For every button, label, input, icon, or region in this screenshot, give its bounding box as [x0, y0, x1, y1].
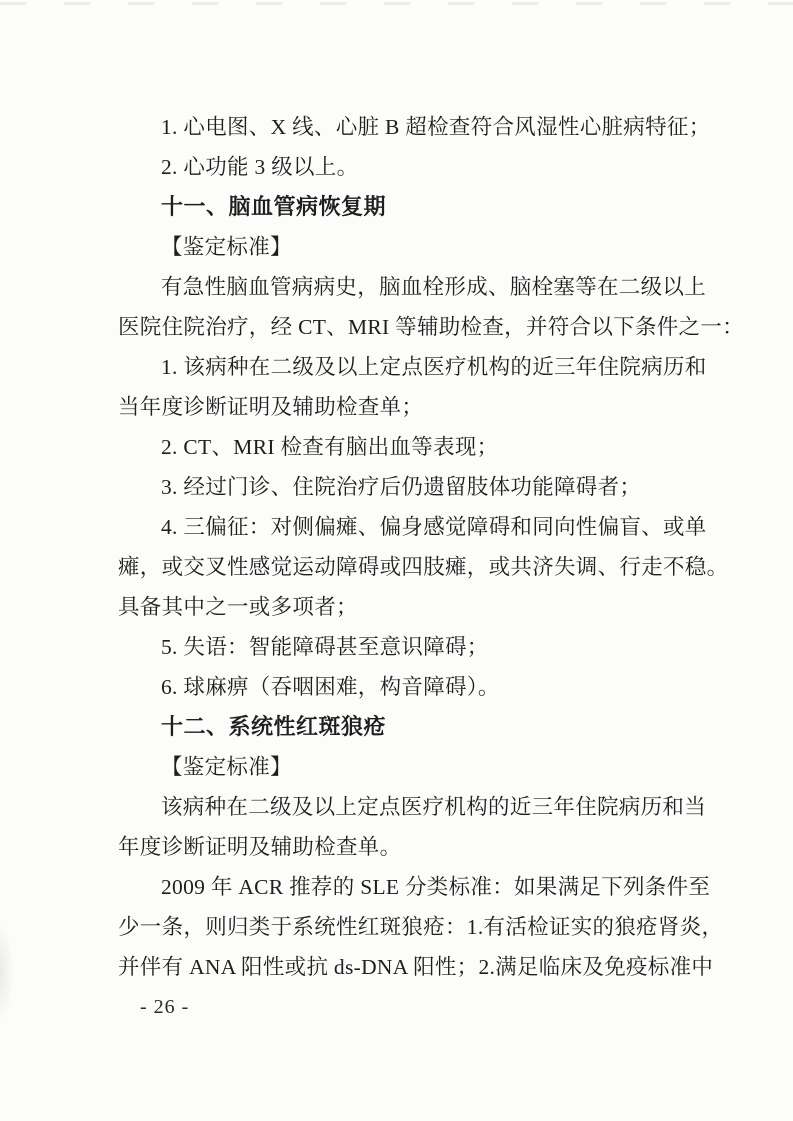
- scan-artifact-top: [0, 2, 793, 5]
- text-line: 2. CT、MRI 检查有脑出血等表现；: [118, 427, 710, 467]
- document-page: 1. 心电图、X 线、心脏 B 超检查符合风湿性心脏病特征；2. 心功能 3 级…: [0, 0, 793, 1121]
- section-heading: 十二、系统性红斑狼疮: [118, 707, 710, 747]
- criteria-label: 【鉴定标准】: [118, 227, 710, 267]
- text-line: 年度诊断证明及辅助检查单。: [118, 827, 710, 867]
- text-line: 并伴有 ANA 阳性或抗 ds-DNA 阳性；2.满足临床及免疫标准中: [118, 947, 710, 987]
- text-line: 2. 心功能 3 级以上。: [118, 147, 710, 187]
- text-line: 4. 三偏征：对侧偏瘫、偏身感觉障碍和同向性偏盲、或单: [118, 507, 710, 547]
- text-line: 5. 失语：智能障碍甚至意识障碍；: [118, 627, 710, 667]
- text-line: 医院住院治疗，经 CT、MRI 等辅助检查，并符合以下条件之一：: [118, 307, 710, 347]
- text-line: 当年度诊断证明及辅助检查单；: [118, 387, 710, 427]
- text-line: 少一条，则归类于系统性红斑狼疮：1.有活检证实的狼疮肾炎，: [118, 907, 710, 947]
- text-line: 有急性脑血管病病史，脑血栓形成、脑栓塞等在二级以上: [118, 267, 710, 307]
- document-body: 1. 心电图、X 线、心脏 B 超检查符合风湿性心脏病特征；2. 心功能 3 级…: [118, 107, 710, 987]
- text-line: 1. 该病种在二级及以上定点医疗机构的近三年住院病历和: [118, 347, 710, 387]
- criteria-label: 【鉴定标准】: [118, 747, 710, 787]
- text-line: 1. 心电图、X 线、心脏 B 超检查符合风湿性心脏病特征；: [118, 107, 710, 147]
- page-number: - 26 -: [140, 987, 189, 1027]
- text-line: 瘫，或交叉性感觉运动障碍或四肢瘫，或共济失调、行走不稳。: [118, 547, 710, 587]
- section-heading: 十一、脑血管病恢复期: [118, 187, 710, 227]
- text-line: 该病种在二级及以上定点医疗机构的近三年住院病历和当: [118, 787, 710, 827]
- scan-artifact-left: [0, 925, 13, 1020]
- text-line: 6. 球麻痹（吞咽困难，构音障碍）。: [118, 667, 710, 707]
- text-line: 2009 年 ACR 推荐的 SLE 分类标准：如果满足下列条件至: [118, 867, 710, 907]
- text-line: 3. 经过门诊、住院治疗后仍遗留肢体功能障碍者；: [118, 467, 710, 507]
- text-line: 具备其中之一或多项者；: [118, 587, 710, 627]
